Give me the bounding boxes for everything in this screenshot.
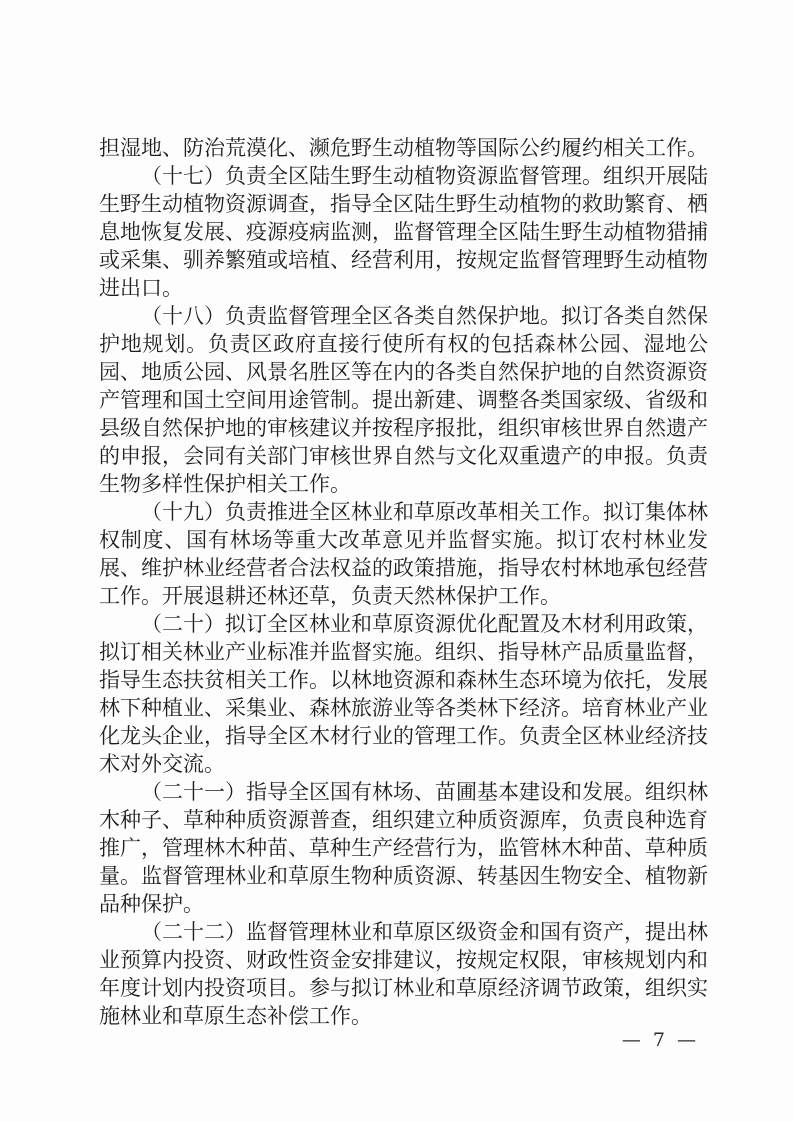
paragraph-continuation: 担湿地、防治荒漠化、濒危野生动植物等国际公约履约相关工作。 <box>99 134 708 162</box>
paragraph-item-22: （二十二）监督管理林业和草原区级资金和国有资产，提出林业预算内投资、财政性资金安… <box>99 918 708 1030</box>
document-page: 担湿地、防治荒漠化、濒危野生动植物等国际公约履约相关工作。 （十七）负责全区陆生… <box>0 0 793 1122</box>
paragraph-item-21: （二十一）指导全区国有林场、苗圃基本建设和发展。组织林木种子、草种种质资源普查，… <box>99 778 708 918</box>
paragraph-item-18: （十八）负责监督管理全区各类自然保护地。拟订各类自然保护地规划。负责区政府直接行… <box>99 302 708 498</box>
document-body: 担湿地、防治荒漠化、濒危野生动植物等国际公约履约相关工作。 （十七）负责全区陆生… <box>99 134 708 1030</box>
page-number: — 7 — <box>622 1029 699 1051</box>
paragraph-item-17: （十七）负责全区陆生野生动植物资源监督管理。组织开展陆生野生动植物资源调查，指导… <box>99 162 708 302</box>
paragraph-item-19: （十九）负责推进全区林业和草原改革相关工作。拟订集体林权制度、国有林场等重大改革… <box>99 498 708 610</box>
paragraph-item-20: （二十）拟订全区林业和草原资源优化配置及木材利用政策，拟订相关林业产业标准并监督… <box>99 610 708 778</box>
